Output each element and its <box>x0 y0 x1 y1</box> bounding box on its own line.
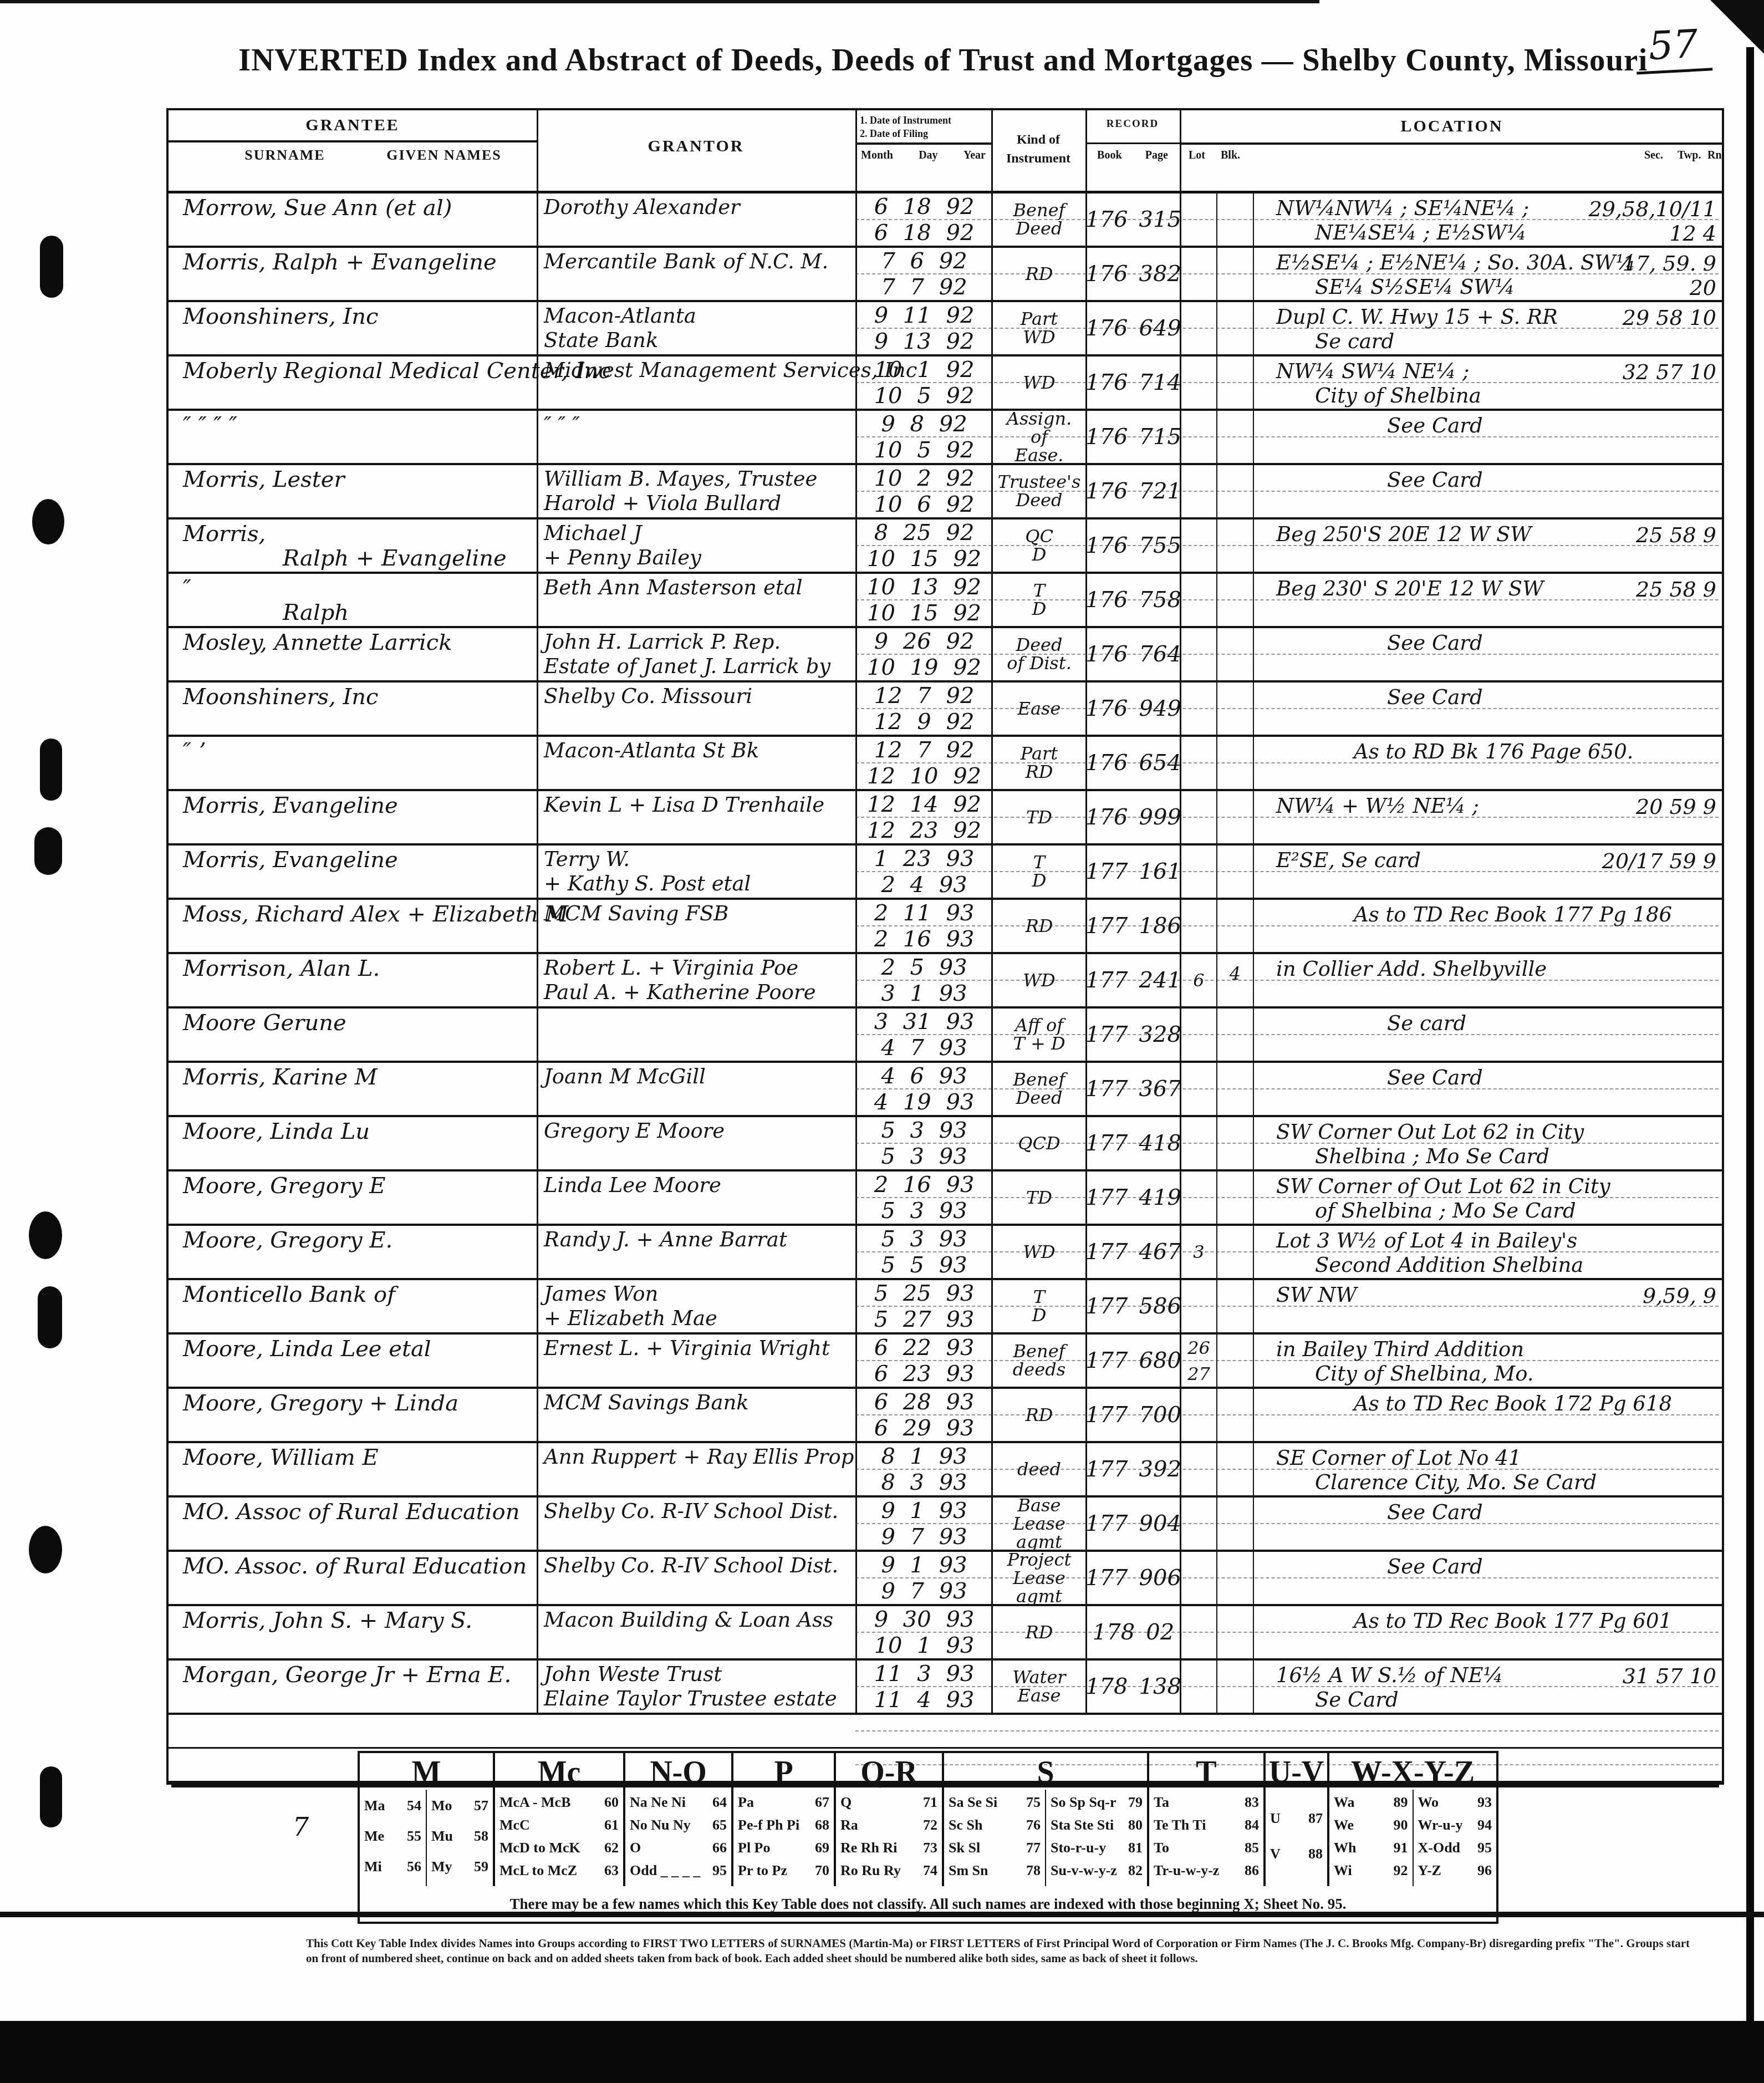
kind-line: Benef <box>993 1342 1085 1361</box>
key-entry-number: 90 <box>1394 1817 1408 1834</box>
date-line: 8 3 93 <box>857 1470 991 1495</box>
date-line: 9 13 92 <box>857 329 991 354</box>
date-line: 10 13 92 <box>857 574 991 600</box>
kind-cell: WaterEase <box>991 1661 1085 1713</box>
date-cell: 1 23 932 4 93 <box>855 846 991 898</box>
lot-cell <box>1180 1280 1216 1332</box>
record-cell: 176654 <box>1085 737 1180 789</box>
date-line: 9 7 93 <box>857 1578 991 1604</box>
date-cell: 11 3 9311 4 93 <box>855 1661 991 1713</box>
key-entry-label: McL to McZ <box>499 1862 577 1879</box>
page-value: 419 <box>1139 1185 1181 1210</box>
location-line: of Shelbina ; Mo Se Card <box>1276 1199 1724 1223</box>
sec-twp-rng-value: 25 58 9 <box>1636 577 1716 602</box>
key-entry-label: X-Odd <box>1418 1840 1461 1856</box>
date-line: 9 1 93 <box>857 1552 991 1578</box>
key-subcolumn: So Sp Sq-r79Sta Ste Sti80Sto-r-u-y81Su-v… <box>1045 1790 1147 1886</box>
location-line: Shelbina ; Mo Se Card <box>1276 1144 1724 1169</box>
key-entry-label: McA - McB <box>499 1794 571 1811</box>
page-value: 02 <box>1146 1619 1174 1645</box>
kind-cell: Deedof Dist. <box>991 628 1085 680</box>
kind-line: Base <box>993 1496 1085 1515</box>
page-header: Page <box>1145 149 1168 162</box>
date-line: 10 19 92 <box>857 655 991 680</box>
record-cell: 177700 <box>1085 1389 1180 1441</box>
record-cell: 176714 <box>1085 356 1180 409</box>
key-entry: Ma54 <box>364 1797 421 1814</box>
key-entry-label: Wr-u-y <box>1418 1817 1463 1834</box>
key-entry: No Nu Ny65 <box>630 1817 727 1834</box>
blk-cell <box>1216 900 1253 952</box>
key-entry-number: 73 <box>923 1840 937 1856</box>
key-entry: V88 <box>1270 1846 1323 1862</box>
key-group-header: M <box>360 1753 493 1790</box>
grantor-line: Shelby Co. R-IV School Dist. <box>544 1499 855 1524</box>
location-line: in Bailey Third Addition <box>1276 1337 1724 1362</box>
table-row: Morris, EvangelineTerry W.+ Kathy S. Pos… <box>169 846 1722 900</box>
key-subcolumn: Na Ne Ni64No Nu Ny65O66Odd _ _ _ _95 <box>625 1790 731 1886</box>
kind-cell: TD <box>991 1280 1085 1332</box>
table-row: Morris, Ralph + EvangelineMercantile Ban… <box>169 248 1722 302</box>
hole-punch-mark <box>29 1211 62 1259</box>
key-entry-number: 72 <box>923 1817 937 1834</box>
record-cell: 178138 <box>1085 1661 1180 1713</box>
key-group-columns: Q71Ra72Re Rh Ri73Ro Ru Ry74 <box>836 1790 942 1886</box>
lot-cell <box>1180 846 1216 898</box>
grantee-header: GRANTEE <box>169 116 537 135</box>
location-line: Se card <box>1276 329 1724 354</box>
header-divider <box>855 110 857 191</box>
date-cell: 10 2 9210 6 92 <box>855 465 991 517</box>
grantee-line: Morgan, George Jr + Erna E. <box>183 1663 537 1687</box>
given-names-header: GIVEN NAMES <box>351 147 537 164</box>
key-entry: Pr to Pz70 <box>738 1862 829 1879</box>
key-entry-label: Na Ne Ni <box>630 1794 686 1811</box>
date-line: 6 28 93 <box>857 1389 991 1415</box>
page-value: 715 <box>1139 424 1181 450</box>
key-entry: Sm Sn78 <box>949 1862 1041 1879</box>
grantee-line: Moss, Richard Alex + Elizabeth M <box>183 902 537 926</box>
key-entry-label: Sk Sl <box>949 1840 980 1856</box>
grantee-cell: Morgan, George Jr + Erna E. <box>169 1661 537 1713</box>
key-entry: Su-v-w-y-z82 <box>1051 1862 1143 1879</box>
date-line: 5 5 93 <box>857 1252 991 1278</box>
key-entry-label: Mi <box>364 1858 382 1875</box>
grantor-cell: Macon-Atlanta St Bk <box>537 737 855 789</box>
kind-cell: PartWD <box>991 302 1085 354</box>
book-value: 177 <box>1085 1076 1128 1102</box>
key-subcolumn: Wa89We90Wh91Wi92 <box>1329 1790 1413 1886</box>
date-cell: 12 7 9212 10 92 <box>855 737 991 789</box>
grantor-line: Estate of Janet J. Larrick by <box>544 654 855 679</box>
grantee-line: Monticello Bank of <box>183 1282 537 1307</box>
location-line: in Collier Add. Shelbyville <box>1276 957 1724 981</box>
kind-line: Part <box>993 745 1085 763</box>
kind-cell: TD <box>991 574 1085 626</box>
grantee-line: Morris, Evangeline <box>183 848 537 872</box>
grantor-line: + Kathy S. Post etal <box>544 872 855 896</box>
key-entry-number: 94 <box>1477 1817 1492 1834</box>
date-line: 5 3 93 <box>857 1118 991 1143</box>
location-cell: Se card <box>1253 1009 1724 1061</box>
grantee-line: ″ ″ ″ ″ <box>183 413 537 437</box>
kind-cell: ProjectLeaseagmt <box>991 1552 1085 1604</box>
table-row: Moore, William EAnn Ruppert + Ray Ellis … <box>169 1443 1722 1498</box>
header-divider <box>1180 110 1181 191</box>
grantor-line: Joann M McGill <box>544 1065 855 1089</box>
key-entry-number: 75 <box>1026 1794 1041 1811</box>
date-cell: 9 26 9210 19 92 <box>855 628 991 680</box>
key-entry: Pa67 <box>738 1794 829 1811</box>
book-value: 177 <box>1085 1511 1128 1536</box>
kind-line: QCD <box>993 1134 1085 1153</box>
grantor-header: GRANTOR <box>537 137 855 156</box>
lot-cell <box>1180 302 1216 354</box>
key-entry-number: 89 <box>1394 1794 1408 1811</box>
location-line: Clarence City, Mo. Se Card <box>1276 1470 1724 1495</box>
sec-twp-rng-value: 29 58 10 <box>1623 305 1716 330</box>
kind-line: Aff of <box>993 1016 1085 1035</box>
location-cell: NW¼ + W½ NE¼ ;20 59 9 <box>1253 791 1724 843</box>
date-cell: 9 8 9210 5 92 <box>855 411 991 463</box>
lot-cell <box>1180 1009 1216 1061</box>
location-line: City of Shelbina <box>1276 384 1724 408</box>
key-entry-number: 65 <box>712 1817 727 1834</box>
kind-line: TD <box>993 808 1085 827</box>
book-value: 178 <box>1085 1674 1128 1699</box>
table-row: ″RalphBeth Ann Masterson etal10 13 9210 … <box>169 574 1722 628</box>
table-row-blank <box>169 1715 1722 1749</box>
lot-value: 27 <box>1181 1363 1216 1384</box>
location-cell: As to TD Rec Book 177 Pg 186 <box>1253 900 1724 952</box>
location-cell: See Card <box>1253 1498 1724 1550</box>
key-group-header: Q-R <box>836 1753 942 1790</box>
key-entry-label: V <box>1270 1846 1281 1862</box>
key-entry-label: Sta Ste Sti <box>1051 1817 1114 1834</box>
table-row: MO. Assoc of Rural EducationShelby Co. R… <box>169 1498 1722 1552</box>
book-value: 176 <box>1085 533 1128 558</box>
blk-cell <box>1216 1063 1253 1115</box>
grantor-line: John H. Larrick P. Rep. <box>544 630 855 654</box>
date-cell: 9 30 9310 1 93 <box>855 1606 991 1658</box>
kind-line: D <box>993 600 1085 618</box>
key-group-w-x-y-z: W-X-Y-ZWa89We90Wh91Wi92Wo93Wr-u-y94X-Odd… <box>1327 1753 1496 1886</box>
blk-cell <box>1216 683 1253 735</box>
book-value: 176 <box>1085 804 1128 830</box>
book-value: 176 <box>1085 261 1128 287</box>
grantee-cell: Moss, Richard Alex + Elizabeth M <box>169 900 537 952</box>
location-line: See Card <box>1276 1555 1724 1579</box>
location-cell: As to TD Rec Book 172 Pg 618 <box>1253 1389 1724 1441</box>
key-entry-label: Wo <box>1418 1794 1439 1811</box>
key-entry-number: 70 <box>815 1862 829 1879</box>
kind-line: Benef <box>993 201 1085 220</box>
kind-line: Water <box>993 1668 1085 1687</box>
grantor-cell: Terry W.+ Kathy S. Post etal <box>537 846 855 898</box>
key-entry: Wh91 <box>1334 1840 1408 1856</box>
date-line: 4 19 93 <box>857 1089 991 1115</box>
grantor-line: MCM Saving FSB <box>544 902 855 926</box>
key-entry-label: Ta <box>1154 1794 1169 1811</box>
grantee-line: Moore Gerune <box>183 1011 537 1035</box>
key-entry-label: Sto-r-u-y <box>1051 1840 1106 1856</box>
lot-cell <box>1180 248 1216 300</box>
grantee-line: Moore, Gregory + Linda <box>183 1391 537 1415</box>
grantee-line: Morris, Ralph + Evangeline <box>183 250 537 274</box>
key-group-s: SSa Se Si75Sc Sh76Sk Sl77Sm Sn78So Sp Sq… <box>942 1753 1147 1886</box>
record-cell: 176755 <box>1085 520 1180 572</box>
blk-cell <box>1216 1389 1253 1441</box>
book-value: 177 <box>1085 1293 1128 1319</box>
date-line: 3 1 93 <box>857 981 991 1006</box>
kind-line: T <box>993 853 1085 872</box>
date-line: 7 6 92 <box>857 248 991 274</box>
kind-line: RD <box>993 917 1085 935</box>
key-entry-label: Te Th Ti <box>1154 1817 1206 1834</box>
date-line: 11 4 93 <box>857 1687 991 1713</box>
scan-bottom-edge <box>0 2021 1764 2083</box>
date-line: 5 3 93 <box>857 1226 991 1252</box>
key-group-n-o: N-ONa Ne Ni64No Nu Ny65O66Odd _ _ _ _95 <box>623 1753 731 1886</box>
kind-cell: BenefDeed <box>991 193 1085 246</box>
grantor-cell <box>537 1009 855 1061</box>
date-line: 2 5 93 <box>857 955 991 980</box>
key-entry: O66 <box>630 1840 727 1856</box>
table-row: Mosley, Annette LarrickJohn H. Larrick P… <box>169 628 1722 683</box>
record-cell: 176382 <box>1085 248 1180 300</box>
page-value: 241 <box>1139 967 1181 993</box>
key-group-columns: Na Ne Ni64No Nu Ny65O66Odd _ _ _ _95 <box>625 1790 731 1886</box>
hole-punch-mark <box>40 1766 62 1827</box>
page-value: 700 <box>1139 1402 1181 1428</box>
kind-line: WD <box>993 1243 1085 1261</box>
grantor-line: Paul A. + Katherine Poore <box>544 980 855 1005</box>
date-line: 7 7 92 <box>857 274 991 300</box>
grantee-line: ″ ʼ <box>183 739 537 763</box>
scanned-ledger-page: INVERTED Index and Abstract of Deeds, De… <box>0 0 1764 2083</box>
key-entry-number: 91 <box>1394 1840 1408 1856</box>
date-cell: 10 13 9210 15 92 <box>855 574 991 626</box>
table-body: Morrow, Sue Ann (et al)Dorothy Alexander… <box>169 193 1722 1782</box>
key-entry-label: Ro Ru Ry <box>840 1862 901 1879</box>
page-value: 904 <box>1139 1511 1181 1536</box>
day-header: Day <box>919 149 937 162</box>
grantee-line: Morris, Lester <box>183 467 537 492</box>
date-cell: 6 18 926 18 92 <box>855 193 991 246</box>
key-entry-label: Wh <box>1334 1840 1356 1856</box>
book-value: 177 <box>1085 1456 1128 1482</box>
key-entry: Sta Ste Sti80 <box>1051 1817 1143 1834</box>
key-entry-label: Su-v-w-y-z <box>1051 1862 1117 1879</box>
grantor-line: Shelby Co. R-IV School Dist. <box>544 1554 855 1578</box>
record-cell: 177586 <box>1085 1280 1180 1332</box>
location-cell: See Card <box>1253 465 1724 517</box>
key-entry: Wo93 <box>1418 1794 1492 1811</box>
page-value: 328 <box>1139 1022 1181 1047</box>
key-group-header: P <box>733 1753 834 1790</box>
key-entry-number: 86 <box>1245 1862 1259 1879</box>
date-cell: 9 1 939 7 93 <box>855 1498 991 1550</box>
key-entry-number: 92 <box>1394 1862 1408 1879</box>
table-row: Moore, Gregory ELinda Lee Moore2 16 935 … <box>169 1172 1722 1226</box>
scan-corner-fold <box>1710 0 1764 54</box>
hole-punch-mark <box>38 1286 62 1348</box>
book-value: 177 <box>1085 859 1128 884</box>
scan-top-edge <box>0 0 1319 3</box>
lot-cell <box>1180 1063 1216 1115</box>
grantor-cell: Robert L. + Virginia PoePaul A. + Kather… <box>537 954 855 1006</box>
kind-cell: RD <box>991 248 1085 300</box>
grantee-cell: Monticello Bank of <box>169 1280 537 1332</box>
key-subcolumn: McA - McB60McC61McD to McK62McL to McZ63 <box>495 1790 623 1886</box>
kind-cell: PartRD <box>991 737 1085 789</box>
location-line: SW Corner Out Lot 62 in City <box>1276 1120 1724 1144</box>
sec-twp-rng-value: 17, 59. 9 <box>1623 251 1716 276</box>
grantee-line: Moore, Linda Lu <box>183 1119 537 1144</box>
location-cell: 16½ A W S.½ of NE¼Se Card31 57 10 <box>1253 1661 1724 1713</box>
kind-cell: Ease <box>991 683 1085 735</box>
location-cell: NW¼NW¼ ; SE¼NE¼ ;NE¼SE¼ ; E½SW¼29,58,10/… <box>1253 193 1724 246</box>
book-value: 177 <box>1085 1348 1128 1373</box>
blk-cell <box>1216 1280 1253 1332</box>
grantor-cell: Ernest L. + Virginia Wright <box>537 1335 855 1387</box>
date-line: 11 3 93 <box>857 1661 991 1687</box>
location-line: Se card <box>1276 1011 1724 1036</box>
kind-line: T <box>993 582 1085 600</box>
date-cell: 8 25 9210 15 92 <box>855 520 991 572</box>
grantee-cell: Mosley, Annette Larrick <box>169 628 537 680</box>
record-cell: 177418 <box>1085 1117 1180 1169</box>
date-line: 8 1 93 <box>857 1444 991 1469</box>
key-entry-number: 96 <box>1477 1862 1492 1879</box>
key-entry: Wr-u-y94 <box>1418 1817 1492 1834</box>
grantor-line: Terry W. <box>544 847 855 872</box>
header-divider <box>537 110 538 191</box>
key-entry-label: Wa <box>1334 1794 1355 1811</box>
hole-punch-mark <box>40 739 62 801</box>
key-entry-number: 79 <box>1128 1794 1143 1811</box>
key-entry-number: 84 <box>1245 1817 1259 1834</box>
table-row: Moore, Gregory E.Randy J. + Anne Barrat5… <box>169 1226 1722 1280</box>
record-cell: 177161 <box>1085 846 1180 898</box>
location-line: See Card <box>1276 1066 1724 1090</box>
record-cell: 177906 <box>1085 1552 1180 1604</box>
index-table: GRANTEE SURNAME GIVEN NAMES GRANTOR 1. D… <box>166 108 1724 1785</box>
location-line: See Card <box>1276 631 1724 655</box>
grantee-cell: ″ ʼ <box>169 737 537 789</box>
date-line: 6 23 93 <box>857 1361 991 1387</box>
record-header: RECORD Book Page <box>1085 110 1180 191</box>
date-cell: 6 28 936 29 93 <box>855 1389 991 1441</box>
grantor-cell: Joann M McGill <box>537 1063 855 1115</box>
date-line: 5 25 93 <box>857 1281 991 1306</box>
page-value: 714 <box>1139 370 1181 395</box>
location-cell: in Collier Add. Shelbyville <box>1253 954 1724 1006</box>
blk-cell <box>1216 1009 1253 1061</box>
date-line: 12 23 92 <box>857 818 991 843</box>
grantee-cell: Morrison, Alan L. <box>169 954 537 1006</box>
blk-cell <box>1216 248 1253 300</box>
key-entry: We90 <box>1334 1817 1408 1834</box>
grantor-line: William B. Mayes, Trustee <box>544 467 855 491</box>
key-entry: Odd _ _ _ _95 <box>630 1862 727 1879</box>
kind-header-line2: Instrument <box>991 149 1085 168</box>
grantee-cell: Moore, Linda Lu <box>169 1117 537 1169</box>
grantor-cell: Michael J+ Penny Bailey <box>537 520 855 572</box>
book-value: 176 <box>1085 696 1128 721</box>
key-group-columns: Sa Se Si75Sc Sh76Sk Sl77Sm Sn78So Sp Sq-… <box>944 1790 1147 1886</box>
grantor-line: Macon-Atlanta <box>544 304 855 328</box>
page-value: 161 <box>1139 859 1181 884</box>
page-value: 755 <box>1139 533 1181 558</box>
key-entry: McL to McZ63 <box>499 1862 619 1879</box>
key-entry-number: 59 <box>474 1858 488 1875</box>
key-entry: Mi56 <box>364 1858 421 1875</box>
date-line: 10 2 92 <box>857 466 991 491</box>
blk-cell: 4 <box>1216 954 1253 1006</box>
grantee-header-rule <box>169 140 537 142</box>
grantee-line: Mosley, Annette Larrick <box>183 630 537 655</box>
key-entry: Re Rh Ri73 <box>840 1840 937 1856</box>
key-entry-label: Pr to Pz <box>738 1862 787 1879</box>
date-line: 10 1 92 <box>857 357 991 383</box>
lot-cell <box>1180 520 1216 572</box>
date-line: 12 7 92 <box>857 683 991 709</box>
location-line: See Card <box>1276 468 1724 492</box>
date-cell: 5 25 935 27 93 <box>855 1280 991 1332</box>
table-row: Moore, Linda Lee etalErnest L. + Virgini… <box>169 1335 1722 1389</box>
location-line: Second Addition Shelbina <box>1276 1253 1724 1277</box>
lot-cell <box>1180 411 1216 463</box>
lot-cell: 2627 <box>1180 1335 1216 1387</box>
key-entry: McD to McK62 <box>499 1840 619 1856</box>
key-entry-label: McC <box>499 1817 530 1834</box>
location-cell: As to RD Bk 176 Page 650. <box>1253 737 1724 789</box>
kind-line: WD <box>993 328 1085 347</box>
kind-cell: Trustee'sDeed <box>991 465 1085 517</box>
fine-print: This Cott Key Table Index divides Names … <box>306 1936 1690 1966</box>
grantor-line: + Penny Bailey <box>544 546 855 570</box>
grantee-cell: Morris, Ralph + Evangeline <box>169 248 537 300</box>
lot-cell <box>1180 1606 1216 1658</box>
key-entry-number: 55 <box>407 1828 421 1845</box>
page-value: 999 <box>1139 804 1181 830</box>
kind-cell: WD <box>991 954 1085 1006</box>
key-entry-number: 64 <box>712 1794 727 1811</box>
location-line: See Card <box>1276 685 1724 710</box>
key-entry-label: We <box>1334 1817 1354 1834</box>
key-entry: Tr-u-w-y-z86 <box>1154 1862 1259 1879</box>
grantee-cell: ″Ralph <box>169 574 537 626</box>
book-value: 177 <box>1085 913 1128 939</box>
key-group-u-v: U-VU87V88 <box>1263 1753 1327 1886</box>
key-entry-number: 85 <box>1245 1840 1259 1856</box>
book-value: 176 <box>1085 478 1128 504</box>
grantee-cell: ″ ″ ″ ″ <box>169 411 537 463</box>
grantee-cell: Moore, William E <box>169 1443 537 1495</box>
key-entry: Te Th Ti84 <box>1154 1817 1259 1834</box>
kind-line: deeds <box>993 1361 1085 1379</box>
grantee-cell: Moonshiners, Inc <box>169 683 537 735</box>
grantee-line: Ralph + Evangeline <box>183 546 537 571</box>
lot-header: Lot <box>1189 149 1205 162</box>
date-line: 9 7 93 <box>857 1524 991 1550</box>
record-header-rule <box>1085 142 1180 144</box>
grantor-line: Midwest Management Services, Inc <box>544 358 855 383</box>
date-line: 1 23 93 <box>857 846 991 872</box>
grantor-line: Ernest L. + Virginia Wright <box>544 1336 855 1361</box>
lot-cell <box>1180 737 1216 789</box>
